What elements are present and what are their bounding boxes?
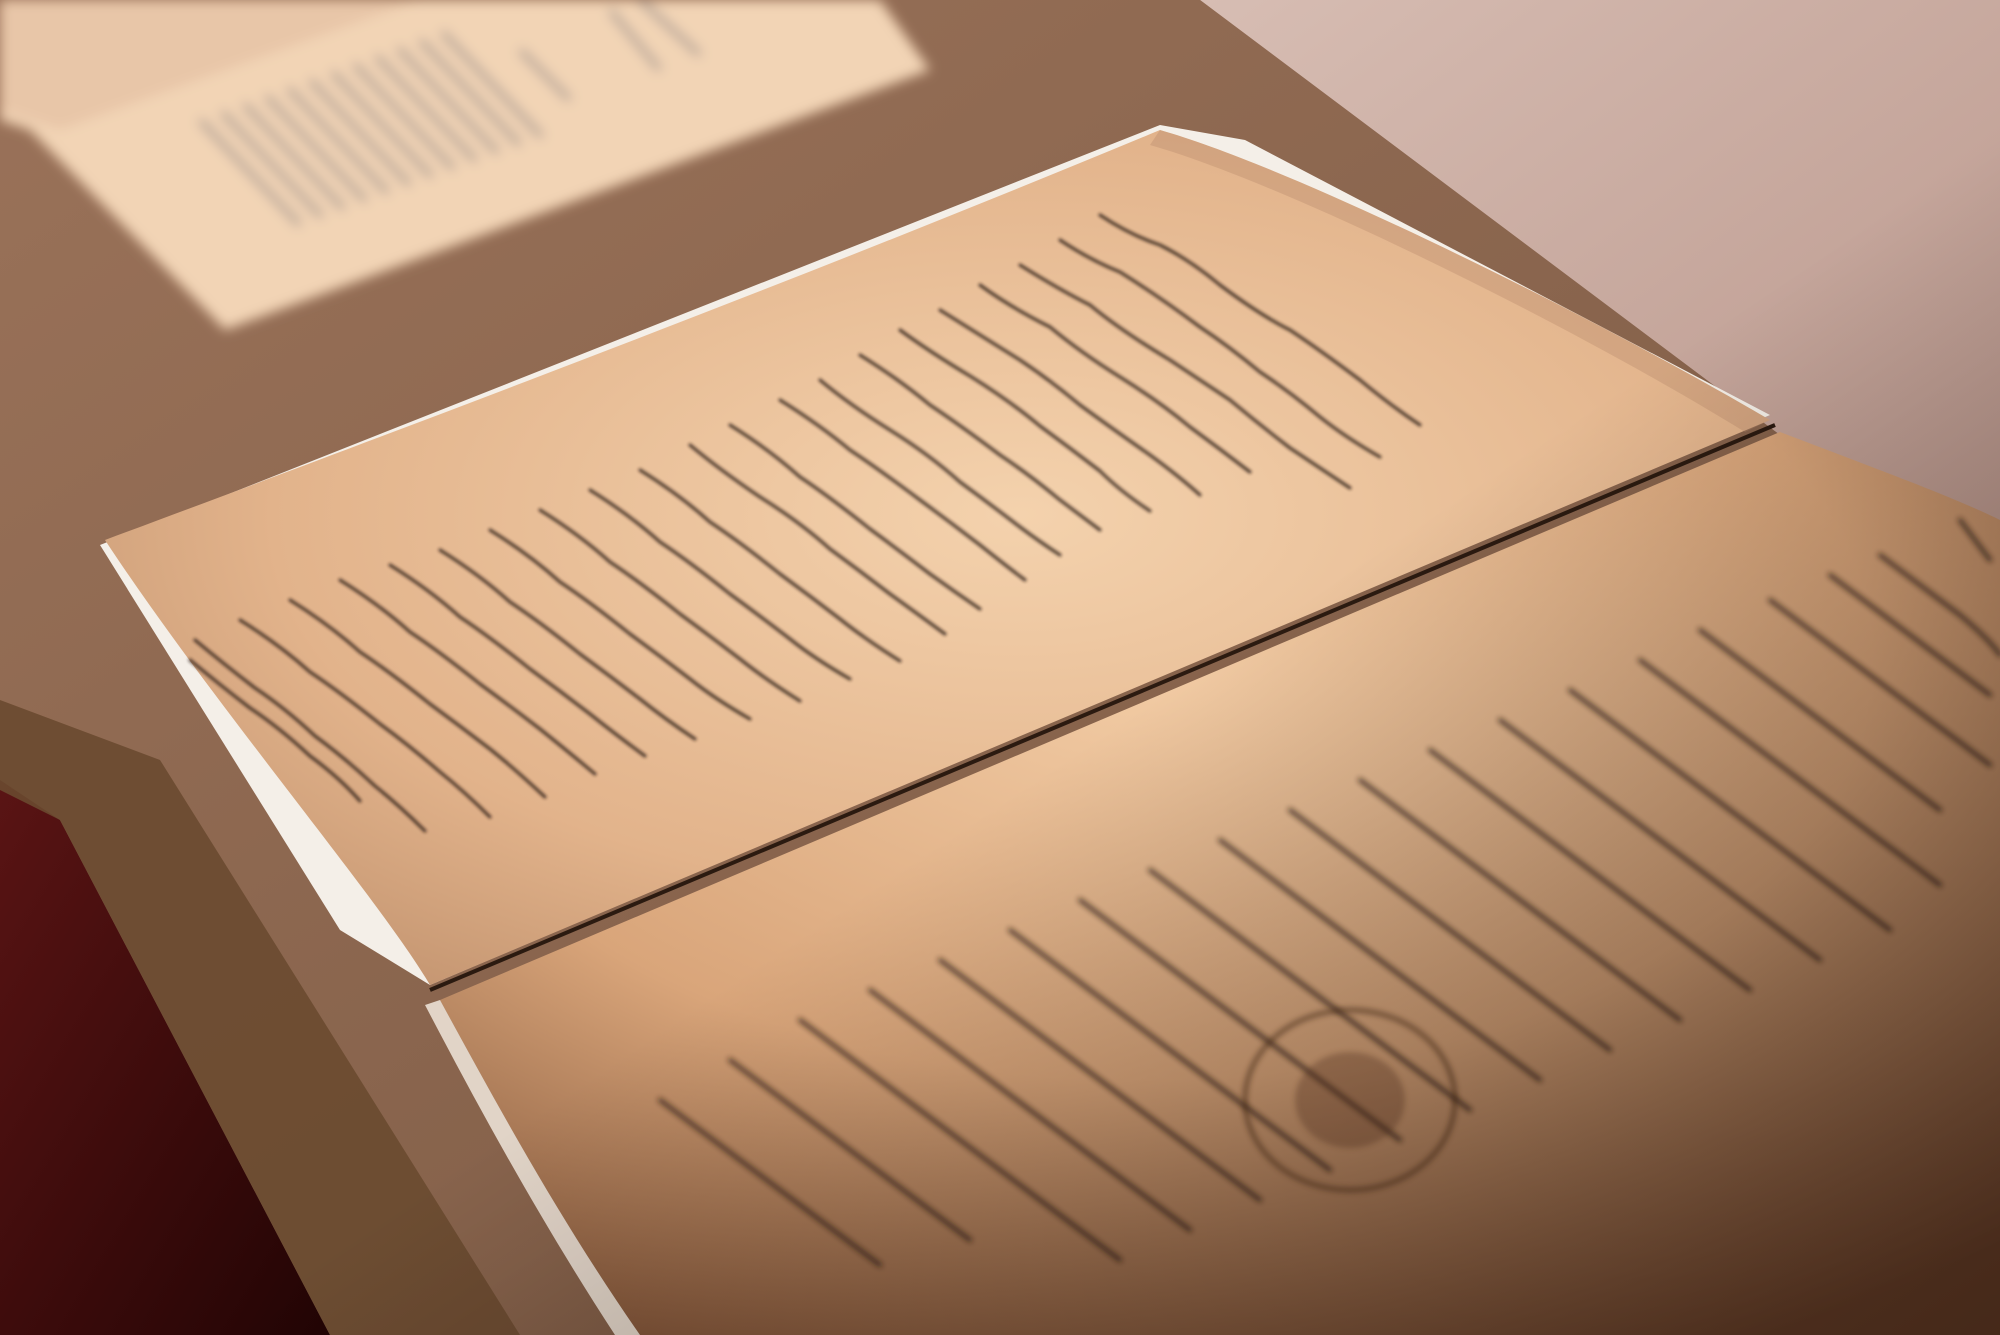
vignette-overlay <box>0 0 2000 1335</box>
photo-scene: Close-up photograph of an old handwritte… <box>0 0 2000 1335</box>
manuscript-photo <box>0 0 2000 1335</box>
